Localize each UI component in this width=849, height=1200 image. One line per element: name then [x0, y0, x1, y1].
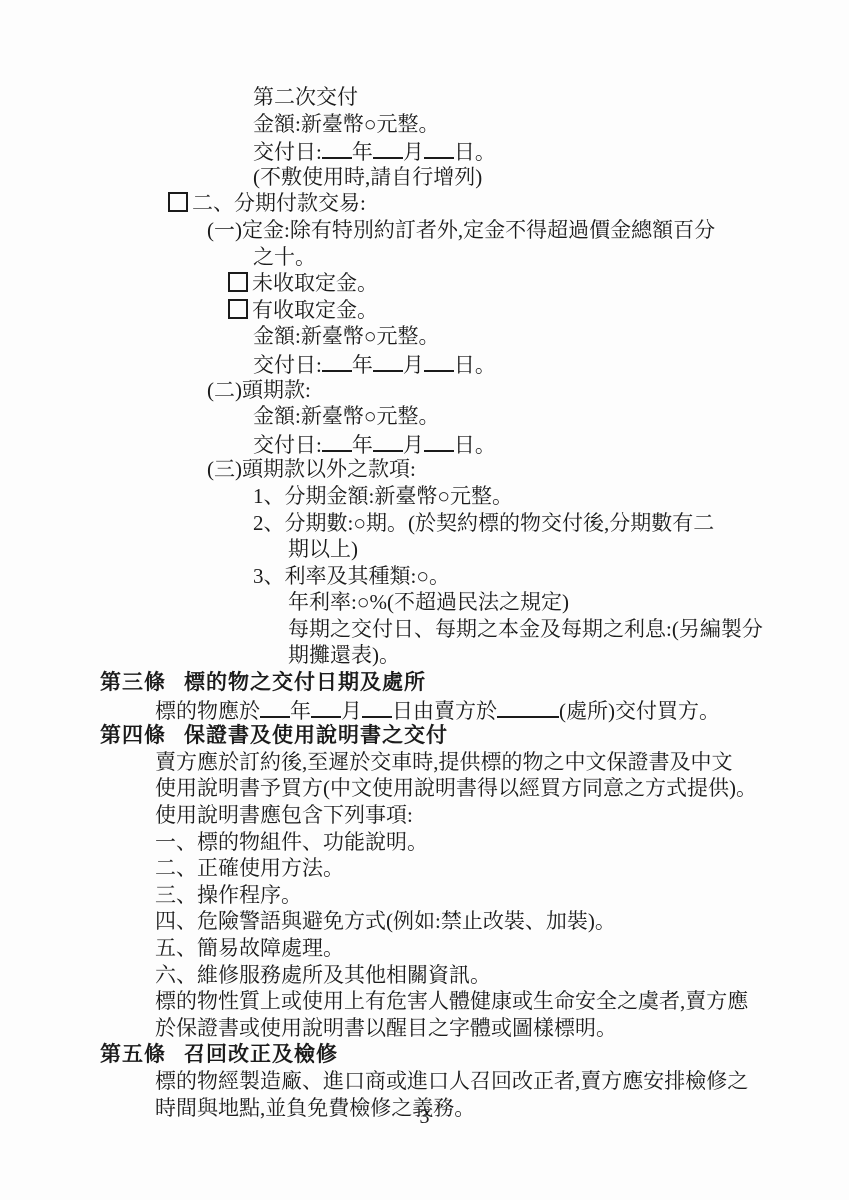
document-line: (一)定金:除有特別約訂者外,定金不得超過價金總額百分 — [0, 217, 849, 244]
text-run: 第二次交付 — [253, 85, 358, 109]
document-line: 五、簡易故障處理。 — [0, 935, 849, 962]
document-body: 第二次交付金額:新臺幣○元整。交付日:年月日。(不敷使用時,請自行增列)二、分期… — [0, 84, 849, 1121]
text-run: 期攤還表)。 — [288, 643, 400, 667]
text-run: 日。 — [454, 140, 496, 164]
document-line: 第二次交付 — [0, 84, 849, 111]
blank-underline-field — [424, 430, 454, 452]
document-line: 金額:新臺幣○元整。 — [0, 111, 849, 138]
text-run: (一)定金:除有特別約訂者外,定金不得超過價金總額百分 — [207, 218, 715, 242]
text-run: 賣方應於訂約後,至遲於交車時,提供標的物之中文保證書及中文 — [155, 750, 733, 774]
document-line: 一、標的物組件、功能說明。 — [0, 829, 849, 856]
checkbox[interactable] — [168, 192, 188, 212]
blank-underline-field — [311, 696, 341, 718]
blank-underline-field — [362, 696, 392, 718]
text-run: 六、維修服務處所及其他相關資訊。 — [155, 963, 491, 987]
blank-underline-field — [424, 350, 454, 372]
document-line: 有收取定金。 — [0, 297, 849, 324]
text-run: 標的物性質上或使用上有危害人體健康或生命安全之虞者,賣方應 — [155, 989, 748, 1013]
blank-underline-field — [322, 137, 352, 159]
text-run: 有收取定金。 — [252, 298, 378, 322]
text-run: (不敷使用時,請自行增列) — [253, 165, 482, 189]
text-run: 年利率:○%(不超過民法之規定) — [288, 590, 569, 614]
text-run: 月 — [403, 433, 424, 457]
document-line: 交付日:年月日。 — [0, 350, 849, 377]
document-line: 2、分期數:○期。(於契約標的物交付後,分期數有二 — [0, 510, 849, 537]
text-run: 標的物應於 — [155, 699, 260, 723]
blank-underline-field — [322, 350, 352, 372]
document-line: 3、利率及其種類:○。 — [0, 563, 849, 590]
text-run: 標的物經製造廠、進口商或進口人召回改正者,賣方應安排檢修之 — [155, 1069, 748, 1093]
document-line: 交付日:年月日。 — [0, 430, 849, 457]
document-line: 二、分期付款交易: — [0, 190, 849, 217]
document-line: 標的物應於年月日由賣方於(處所)交付買方。 — [0, 696, 849, 723]
text-run: (二)頭期款: — [207, 378, 311, 402]
blank-underline-field — [260, 696, 290, 718]
checkbox[interactable] — [228, 299, 248, 319]
document-line: 於保證書或使用說明書以醒目之字體或圖樣標明。 — [0, 1015, 849, 1042]
text-run: 年 — [352, 140, 373, 164]
article-heading: 第四條保證書及使用說明書之交付 — [0, 722, 849, 749]
blank-underline-field — [373, 430, 403, 452]
document-line: 二、正確使用方法。 — [0, 855, 849, 882]
text-run: 四、危險警語與避免方式(例如:禁止改裝、加裝)。 — [155, 909, 616, 933]
page-number: 3 — [0, 1106, 849, 1129]
document-line: 1、分期金額:新臺幣○元整。 — [0, 483, 849, 510]
document-line: 使用說明書予買方(中文使用說明書得以經買方同意之方式提供)。 — [0, 775, 849, 802]
document-line: 期以上) — [0, 536, 849, 563]
text-run: (處所)交付買方。 — [559, 699, 720, 723]
text-run: 月 — [403, 140, 424, 164]
text-run: 日由賣方於 — [392, 699, 497, 723]
document-line: 之十。 — [0, 244, 849, 271]
document-line: 標的物經製造廠、進口商或進口人召回改正者,賣方應安排檢修之 — [0, 1068, 849, 1095]
text-run: 召回改正及檢修 — [184, 1042, 338, 1066]
text-run: 金額:新臺幣○元整。 — [253, 324, 440, 348]
document-line: 使用說明書應包含下列事項: — [0, 802, 849, 829]
text-run: 期以上) — [288, 537, 358, 561]
text-run: 日。 — [454, 433, 496, 457]
text-run: 2、分期數:○期。(於契約標的物交付後,分期數有二 — [253, 511, 714, 535]
blank-underline-field — [373, 350, 403, 372]
text-run: 標的物之交付日期及處所 — [184, 670, 426, 694]
text-run: 之十。 — [253, 245, 316, 269]
text-run: 年 — [352, 433, 373, 457]
blank-underline-field — [373, 137, 403, 159]
document-line: (二)頭期款: — [0, 377, 849, 404]
text-run: 金額:新臺幣○元整。 — [253, 404, 440, 428]
document-line: 未收取定金。 — [0, 270, 849, 297]
text-run: 五、簡易故障處理。 — [155, 936, 344, 960]
checkbox[interactable] — [228, 272, 248, 292]
text-run: 保證書及使用說明書之交付 — [184, 723, 448, 747]
document-line: 期攤還表)。 — [0, 642, 849, 669]
text-run: 二、正確使用方法。 — [155, 856, 344, 880]
text-run: 3、利率及其種類:○。 — [253, 564, 450, 588]
text-run: 每期之交付日、每期之本金及每期之利息:(另編製分 — [288, 617, 763, 641]
document-line: (三)頭期款以外之款項: — [0, 456, 849, 483]
text-run: 金額:新臺幣○元整。 — [253, 112, 440, 136]
document-line: 四、危險警語與避免方式(例如:禁止改裝、加裝)。 — [0, 908, 849, 935]
text-run: 第五條 — [100, 1042, 166, 1066]
document-line: 金額:新臺幣○元整。 — [0, 323, 849, 350]
text-run: 日。 — [454, 353, 496, 377]
document-line: 三、操作程序。 — [0, 882, 849, 909]
text-run: 第三條 — [100, 670, 166, 694]
text-run: 1、分期金額:新臺幣○元整。 — [253, 484, 513, 508]
text-run: 使用說明書予買方(中文使用說明書得以經買方同意之方式提供)。 — [155, 776, 757, 800]
document-line: 金額:新臺幣○元整。 — [0, 403, 849, 430]
text-run: 未收取定金。 — [252, 271, 378, 295]
text-run: 年 — [290, 699, 311, 723]
document-line: 交付日:年月日。 — [0, 137, 849, 164]
document-line: 六、維修服務處所及其他相關資訊。 — [0, 962, 849, 989]
document-line: (不敷使用時,請自行增列) — [0, 164, 849, 191]
document-page: 第二次交付金額:新臺幣○元整。交付日:年月日。(不敷使用時,請自行增列)二、分期… — [0, 0, 849, 1200]
text-run: 年 — [352, 353, 373, 377]
blank-underline-field — [497, 696, 559, 718]
document-line: 標的物性質上或使用上有危害人體健康或生命安全之虞者,賣方應 — [0, 988, 849, 1015]
text-run: 三、操作程序。 — [155, 883, 302, 907]
text-run: 交付日: — [253, 140, 322, 164]
article-heading: 第五條召回改正及檢修 — [0, 1041, 849, 1068]
text-run: 月 — [403, 353, 424, 377]
text-run: 第四條 — [100, 723, 166, 747]
text-run: (三)頭期款以外之款項: — [207, 457, 416, 481]
text-run: 二、分期付款交易: — [192, 191, 366, 215]
text-run: 月 — [341, 699, 362, 723]
article-heading: 第三條標的物之交付日期及處所 — [0, 669, 849, 696]
text-run: 一、標的物組件、功能說明。 — [155, 830, 428, 854]
document-line: 每期之交付日、每期之本金及每期之利息:(另編製分 — [0, 616, 849, 643]
blank-underline-field — [424, 137, 454, 159]
document-line: 年利率:○%(不超過民法之規定) — [0, 589, 849, 616]
blank-underline-field — [322, 430, 352, 452]
text-run: 交付日: — [253, 353, 322, 377]
document-line: 賣方應於訂約後,至遲於交車時,提供標的物之中文保證書及中文 — [0, 749, 849, 776]
text-run: 使用說明書應包含下列事項: — [155, 803, 413, 827]
text-run: 於保證書或使用說明書以醒目之字體或圖樣標明。 — [155, 1016, 617, 1040]
text-run: 交付日: — [253, 433, 322, 457]
